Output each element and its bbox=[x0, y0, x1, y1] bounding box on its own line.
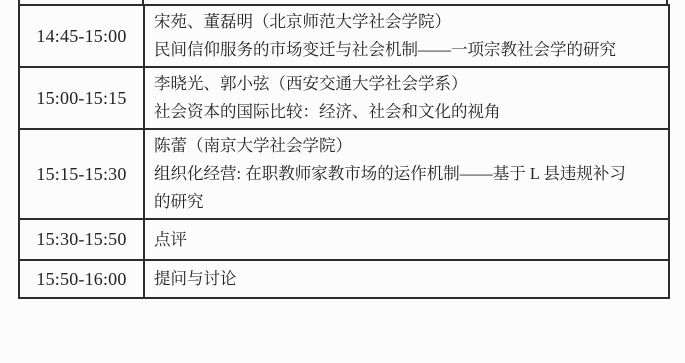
session-text-line: 组织化经营: 在职教师家教市场的运作机制——基于 L 县违规补习 bbox=[154, 160, 664, 188]
time-slot-cell: 15:15-15:30 bbox=[19, 129, 144, 219]
schedule-row: 15:15-15:30陈蕾（南京大学社会学院）组织化经营: 在职教师家教市场的运… bbox=[19, 129, 669, 219]
document-page: 14:45-15:00宋苑、董磊明（北京师范大学社会学院）民间信仰服务的市场变迁… bbox=[0, 0, 685, 363]
session-cell: 点评 bbox=[144, 219, 669, 260]
session-text-line: 社会资本的国际比较：经济、社会和文化的视角 bbox=[154, 98, 664, 126]
time-slot-cell: 15:30-15:50 bbox=[19, 219, 144, 260]
schedule-row: 15:30-15:50点评 bbox=[19, 219, 669, 260]
schedule-row: 14:45-15:00宋苑、董磊明（北京师范大学社会学院）民间信仰服务的市场变迁… bbox=[19, 5, 669, 67]
schedule-table-body: 14:45-15:00宋苑、董磊明（北京师范大学社会学院）民间信仰服务的市场变迁… bbox=[19, 5, 669, 298]
session-text-line: 宋苑、董磊明（北京师范大学社会学院） bbox=[154, 8, 664, 36]
schedule-row: 15:00-15:15李晓光、郭小弦（西安交通大学社会学系）社会资本的国际比较：… bbox=[19, 67, 669, 129]
session-cell: 陈蕾（南京大学社会学院）组织化经营: 在职教师家教市场的运作机制——基于 L 县… bbox=[144, 129, 669, 219]
session-text-line: 李晓光、郭小弦（西安交通大学社会学系） bbox=[154, 70, 664, 98]
time-slot-cell: 15:50-16:00 bbox=[19, 260, 144, 298]
schedule-row: 15:50-16:00提问与讨论 bbox=[19, 260, 669, 298]
schedule-table: 14:45-15:00宋苑、董磊明（北京师范大学社会学院）民间信仰服务的市场变迁… bbox=[18, 4, 670, 299]
session-text-line: 点评 bbox=[154, 226, 664, 254]
session-cell: 宋苑、董磊明（北京师范大学社会学院）民间信仰服务的市场变迁与社会机制——一项宗教… bbox=[144, 5, 669, 67]
time-slot-cell: 14:45-15:00 bbox=[19, 5, 144, 67]
session-cell: 提问与讨论 bbox=[144, 260, 669, 298]
time-slot-cell: 15:00-15:15 bbox=[19, 67, 144, 129]
session-text-line: 陈蕾（南京大学社会学院） bbox=[154, 132, 664, 160]
session-text-line: 提问与讨论 bbox=[154, 265, 664, 293]
session-cell: 李晓光、郭小弦（西安交通大学社会学系）社会资本的国际比较：经济、社会和文化的视角 bbox=[144, 67, 669, 129]
session-text-line: 的研究 bbox=[154, 188, 664, 216]
session-text-line: 民间信仰服务的市场变迁与社会机制——一项宗教社会学的研究 bbox=[154, 36, 664, 64]
